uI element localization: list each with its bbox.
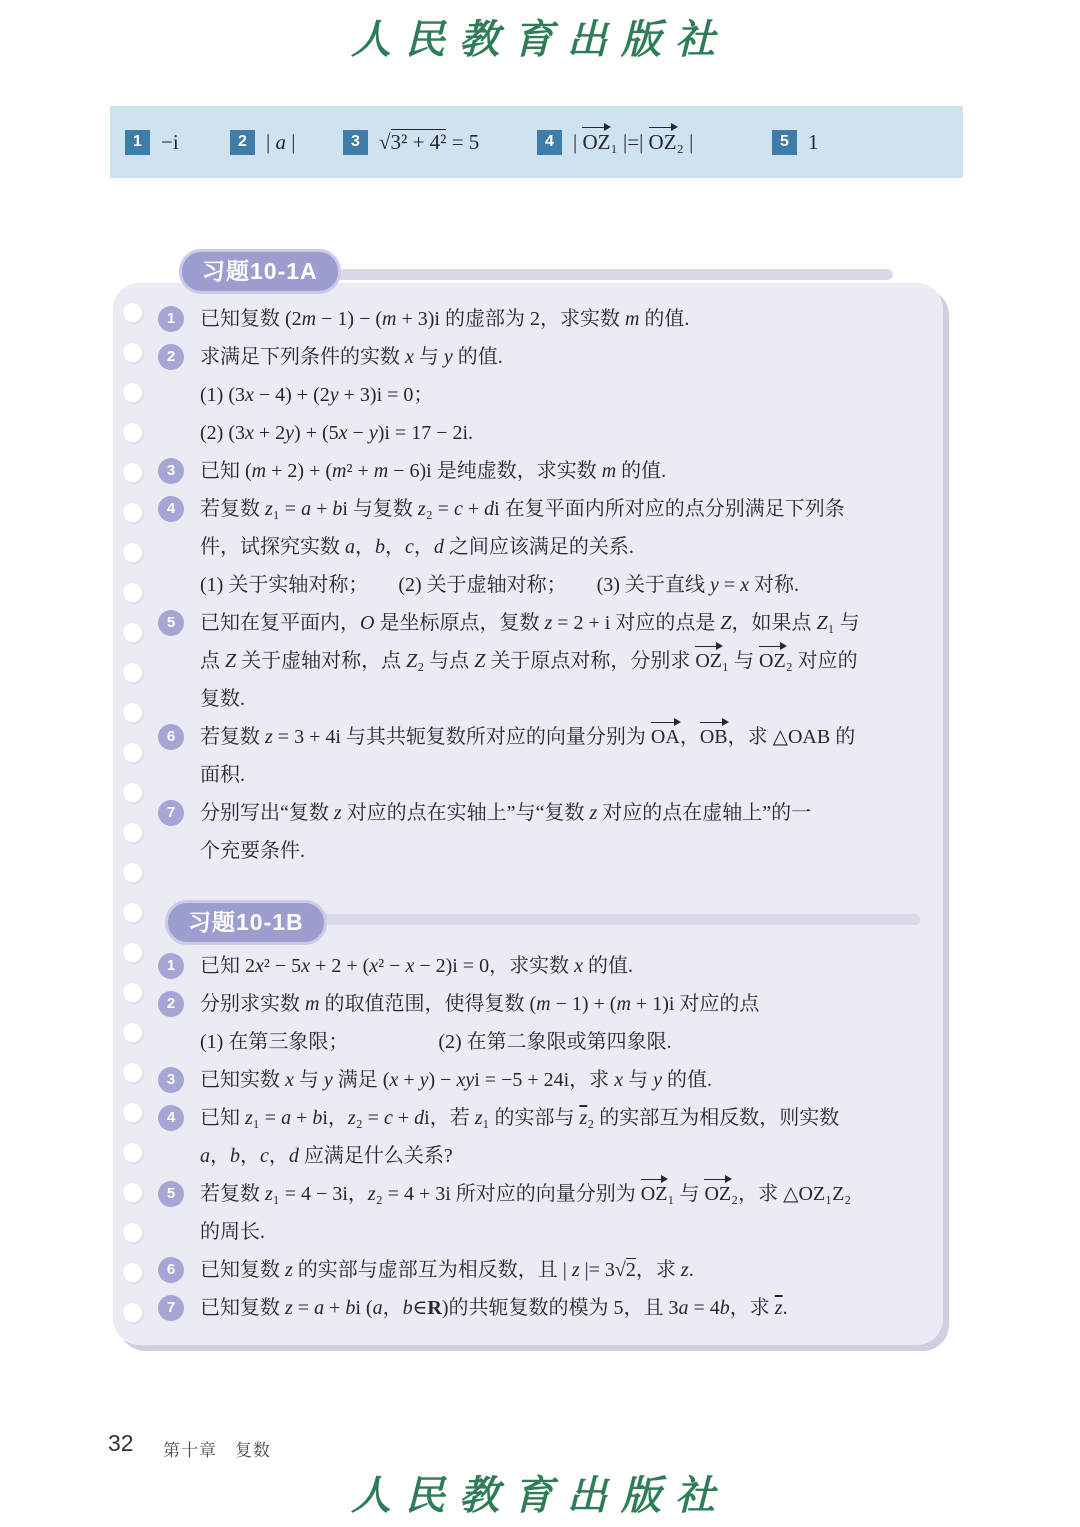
math-segment: x [255, 955, 264, 977]
math-segment: m [305, 993, 319, 1015]
binding-hole [122, 1182, 143, 1203]
math-segment: OZ [695, 651, 722, 671]
math-segment: a [345, 536, 355, 558]
math-segment: y [369, 422, 378, 444]
math-segment: OA [651, 727, 680, 747]
math-segment: x [614, 1069, 623, 1091]
problem-number-badge: 6 [158, 724, 184, 750]
math-segment: x [405, 346, 414, 368]
problem-text: 已知复数 (2m − 1) − (m + 3)i 的虚部为 2，求实数 m 的值… [200, 308, 689, 330]
problem-text: 若复数 z₁ = a + bi 与复数 z₂ = c + di 在复平面内所对应… [200, 498, 845, 520]
answer-number-badge: 4 [537, 130, 562, 155]
math-segment: y [330, 384, 339, 406]
problem-line: 4若复数 z₁ = a + bi 与复数 z₂ = c + di 在复平面内所对… [113, 490, 943, 528]
math-segment: z [245, 1107, 253, 1129]
math-segment: Z [817, 612, 828, 634]
math-segment: OZ [704, 1184, 731, 1204]
math-segment: z [589, 802, 597, 824]
problem-number-badge: 4 [158, 496, 184, 522]
problem-text: a，b，c，d 应满足什么关系? [200, 1145, 453, 1167]
math-segment: 2 [626, 1258, 636, 1281]
problem-line: 5已知在复平面内，O 是坐标原点，复数 z = 2 + i 对应的点是 Z，如果… [113, 604, 943, 642]
problem-number-badge: 1 [158, 306, 184, 332]
math-segment: m [602, 460, 616, 482]
answer-number-badge: 2 [230, 130, 255, 155]
math-segment: x [245, 384, 254, 406]
answer-formula: 1 [808, 130, 819, 155]
problem-number-badge: 2 [158, 344, 184, 370]
problem-line: 1已知 2x² − 5x + 2 + (x² − x − 2)i = 0，求实数… [113, 947, 943, 985]
page-number: 32 [108, 1430, 134, 1457]
problem-text: 分别写出“复数 z 对应的点在实轴上”与“复数 z 对应的点在虚轴上”的一 [200, 802, 811, 824]
math-segment: a [275, 130, 286, 154]
problem-text: (1) 关于实轴对称； (2) 关于虚轴对称； (3) 关于直线 y = x 对… [200, 574, 799, 596]
binding-hole [122, 502, 143, 523]
math-segment: z [265, 1183, 273, 1205]
math-segment: m [616, 993, 630, 1015]
math-segment: d [289, 1145, 299, 1167]
binding-hole [122, 862, 143, 883]
binding-hole [122, 542, 143, 563]
math-segment: c [384, 1107, 393, 1129]
math-segment: m [536, 993, 550, 1015]
problem-line: (1) 关于实轴对称； (2) 关于虚轴对称； (3) 关于直线 y = x 对… [113, 566, 943, 604]
problem-number-badge: 6 [158, 1257, 184, 1283]
problem-text: 若复数 z₁ = 4 − 3i，z₂ = 4 + 3i 所对应的向量分别为 OZ… [200, 1183, 851, 1205]
math-segment: c [405, 536, 414, 558]
math-segment: z [285, 1297, 293, 1319]
binding-hole [122, 622, 143, 643]
problem-text: 的周长. [200, 1221, 265, 1243]
math-segment: y [420, 1069, 429, 1091]
problem-number-badge: 2 [158, 991, 184, 1017]
problem-number-badge: 5 [158, 1181, 184, 1207]
math-segment: Z [474, 650, 485, 672]
binding-hole [122, 1022, 143, 1043]
math-segment: z [285, 1259, 293, 1281]
binding-hole [122, 702, 143, 723]
math-segment: a [200, 1145, 210, 1167]
math-segment: z [368, 1183, 376, 1205]
math-segment: x [285, 1069, 294, 1091]
problem-number-badge: 7 [158, 1295, 184, 1321]
problem-text: 件，试探究实数 a，b，c，d 之间应该满足的关系. [200, 536, 634, 558]
math-segment: m [252, 460, 266, 482]
math-segment: y [653, 1069, 662, 1091]
answer-formula: −i [161, 130, 179, 155]
math-segment: Z [720, 612, 731, 634]
problem-line: (2) (3x + 2y) + (5x − y)i = 17 − 2i. [113, 414, 943, 452]
problem-line: 的周长. [113, 1213, 943, 1251]
math-segment: m [382, 308, 396, 330]
math-segment: z [475, 1107, 483, 1129]
section-a-problem-list: 1已知复数 (2m − 1) − (m + 3)i 的虚部为 2，求实数 m 的… [113, 300, 943, 870]
problem-line: a，b，c，d 应满足什么关系? [113, 1137, 943, 1175]
math-segment: OZ [641, 1184, 668, 1204]
math-segment: x [389, 1069, 398, 1091]
problem-line: 3已知 (m + 2) + (m² + m − 6)i 是纯虚数，求实数 m 的… [113, 452, 943, 490]
problem-number-badge: 3 [158, 458, 184, 484]
binding-hole [122, 462, 143, 483]
answer-formula: | OZ₁ |=| OZ₂ | [573, 130, 693, 155]
math-segment: x [245, 422, 254, 444]
answer-number-badge: 1 [125, 130, 150, 155]
math-segment: b [403, 1297, 413, 1319]
problem-text: (1) (3x − 4) + (2y + 3)i = 0； [200, 384, 433, 406]
math-segment: b [332, 498, 342, 520]
problem-text: 已知 z₁ = a + bi，z₂ = c + di，若 z₁ 的实部与 z₂ … [200, 1107, 839, 1129]
math-segment: OZ [582, 132, 610, 153]
math-segment: OZ [759, 651, 786, 671]
problem-line: (1) (3x − 4) + (2y + 3)i = 0； [113, 376, 943, 414]
math-segment: c [454, 498, 463, 520]
problem-number-badge: 7 [158, 800, 184, 826]
answer-item: 3√3² + 4² = 5 [343, 106, 479, 178]
math-segment: R [427, 1297, 441, 1319]
math-segment: m [302, 308, 316, 330]
math-segment: m [625, 308, 639, 330]
math-segment: x [301, 955, 310, 977]
math-segment: y [324, 1069, 333, 1091]
problem-line: 2求满足下列条件的实数 x 与 y 的值. [113, 338, 943, 376]
problem-line: 点 Z 关于虚轴对称，点 Z₂ 与点 Z 关于原点对称，分别求 OZ₁ 与 OZ… [113, 642, 943, 680]
answer-item: 2| a | [230, 106, 295, 178]
problem-text: 求满足下列条件的实数 x 与 y 的值. [200, 346, 503, 368]
math-segment: b [345, 1297, 355, 1319]
problem-line: 4已知 z₁ = a + bi，z₂ = c + di，若 z₁ 的实部与 z₂… [113, 1099, 943, 1137]
math-segment: z [265, 498, 273, 520]
problem-number-badge: 4 [158, 1105, 184, 1131]
math-segment: Z [225, 650, 236, 672]
math-segment: xy [456, 1069, 474, 1091]
problem-text: 已知 2x² − 5x + 2 + (x² − x − 2)i = 0，求实数 … [200, 955, 633, 977]
problem-line: 6已知复数 z 的实部与虚部互为相反数，且 | z |= 3√2，求 z. [113, 1251, 943, 1289]
math-segment: b [375, 536, 385, 558]
problem-line: 7已知复数 z = a + bi (a，b∈R)的共轭复数的模为 5，且 3a … [113, 1289, 943, 1327]
math-segment: m [332, 460, 346, 482]
problem-line: 7分别写出“复数 z 对应的点在实轴上”与“复数 z 对应的点在虚轴上”的一 [113, 794, 943, 832]
answer-item: 51 [772, 106, 819, 178]
binding-hole [122, 982, 143, 1003]
chapter-title: 第十章 复数 [163, 1436, 271, 1461]
math-segment: z [418, 498, 426, 520]
problem-text: 若复数 z = 3 + 4i 与其共轭复数所对应的向量分别为 OA，OB，求 △… [200, 726, 855, 748]
section-b-problem-list: 1已知 2x² − 5x + 2 + (x² − x − 2)i = 0，求实数… [113, 947, 943, 1327]
math-segment: z [334, 802, 342, 824]
problem-number-badge: 1 [158, 953, 184, 979]
answer-number-badge: 3 [343, 130, 368, 155]
answer-item: 4| OZ₁ |=| OZ₂ | [537, 106, 693, 178]
math-segment: d [484, 498, 494, 520]
binding-hole [122, 822, 143, 843]
math-segment: y [710, 574, 719, 596]
math-segment: y [444, 346, 453, 368]
problem-line: (1) 在第三象限； (2) 在第二象限或第四象限. [113, 1023, 943, 1061]
binding-hole [122, 342, 143, 363]
binding-hole [122, 382, 143, 403]
binding-hole [122, 662, 143, 683]
problem-text: 面积. [200, 764, 245, 786]
problem-line: 3已知实数 x 与 y 满足 (x + y) − xyi = −5 + 24i，… [113, 1061, 943, 1099]
publisher-logo-bottom: 人民教育出版社 [0, 1464, 1080, 1521]
problem-line: 复数. [113, 680, 943, 718]
math-segment: Z [406, 650, 417, 672]
binding-hole [122, 1222, 143, 1243]
problem-number-badge: 5 [158, 610, 184, 636]
math-segment: z [775, 1297, 783, 1319]
math-segment: x [740, 574, 749, 596]
math-segment: z [265, 726, 273, 748]
problem-text: 已知 (m + 2) + (m² + m − 6)i 是纯虚数，求实数 m 的值… [200, 460, 666, 482]
math-segment: x [574, 955, 583, 977]
answer-formula: √3² + 4² = 5 [379, 130, 479, 155]
binding-hole [122, 582, 143, 603]
answers-bar: 1−i2| a |3√3² + 4² = 54| OZ₁ |=| OZ₂ |51 [110, 106, 963, 178]
math-segment: b [230, 1145, 240, 1167]
problem-line: 1已知复数 (2m − 1) − (m + 3)i 的虚部为 2，求实数 m 的… [113, 300, 943, 338]
problem-text: (2) (3x + 2y) + (5x − y)i = 17 − 2i. [200, 422, 473, 444]
math-segment: z [544, 612, 552, 634]
binding-hole [122, 1302, 143, 1323]
problem-line: 6若复数 z = 3 + 4i 与其共轭复数所对应的向量分别为 OA，OB，求 … [113, 718, 943, 756]
math-segment: x [369, 955, 378, 977]
math-segment: OZ [649, 132, 677, 153]
problem-text: 点 Z 关于虚轴对称，点 Z₂ 与点 Z 关于原点对称，分别求 OZ₁ 与 OZ… [200, 650, 858, 672]
section-b-title-badge: 习题10-1B [165, 900, 327, 945]
math-segment: z [572, 1259, 580, 1281]
binding-hole [122, 302, 143, 323]
math-segment: b [720, 1297, 730, 1319]
problem-number-badge: 3 [158, 1067, 184, 1093]
problem-text: 已知在复平面内，O 是坐标原点，复数 z = 2 + i 对应的点是 Z，如果点… [200, 612, 860, 634]
problem-line: 2分别求实数 m 的取值范围，使得复数 (m − 1) + (m + 1)i 对… [113, 985, 943, 1023]
math-segment: a [373, 1297, 383, 1319]
answer-item: 1−i [125, 106, 179, 178]
math-segment: a [281, 1107, 291, 1129]
math-segment: z [681, 1259, 689, 1281]
answer-formula: | a | [266, 130, 295, 155]
math-segment: d [414, 1107, 424, 1129]
binding-hole [122, 1062, 143, 1083]
math-segment: a [301, 498, 311, 520]
problem-line: 件，试探究实数 a，b，c，d 之间应该满足的关系. [113, 528, 943, 566]
math-segment: O [360, 612, 374, 634]
math-segment: c [260, 1145, 269, 1167]
math-segment: 3² + 4² [391, 129, 447, 154]
problem-line: 面积. [113, 756, 943, 794]
binding-hole [122, 942, 143, 963]
binding-hole [122, 1102, 143, 1123]
problem-text: 已知复数 z = a + bi (a，b∈R)的共轭复数的模为 5，且 3a =… [200, 1297, 788, 1319]
problem-line: 个充要条件. [113, 832, 943, 870]
problem-text: 分别求实数 m 的取值范围，使得复数 (m − 1) + (m + 1)i 对应… [200, 993, 759, 1015]
binding-hole [122, 742, 143, 763]
binding-hole [122, 422, 143, 443]
math-segment: b [312, 1107, 322, 1129]
problem-line: 5若复数 z₁ = 4 − 3i，z₂ = 4 + 3i 所对应的向量分别为 O… [113, 1175, 943, 1213]
math-segment: z [579, 1107, 587, 1129]
math-segment: x [339, 422, 348, 444]
binding-hole [122, 1142, 143, 1163]
publisher-logo-top: 人民教育出版社 [0, 8, 1080, 65]
math-segment: x [405, 955, 414, 977]
problem-text: 已知复数 z 的实部与虚部互为相反数，且 | z |= 3√2，求 z. [200, 1258, 694, 1281]
math-segment: a [679, 1297, 689, 1319]
math-segment: y [285, 422, 294, 444]
problem-text: (1) 在第三象限； (2) 在第二象限或第四象限. [200, 1031, 672, 1053]
problem-text: 个充要条件. [200, 840, 305, 862]
math-segment: OB [700, 727, 728, 747]
binding-hole [122, 782, 143, 803]
math-segment: m [374, 460, 388, 482]
math-segment: a [314, 1297, 324, 1319]
math-segment: z [348, 1107, 356, 1129]
problem-text: 复数. [200, 688, 245, 710]
binding-hole [122, 1262, 143, 1283]
section-a-title-badge: 习题10-1A [179, 249, 341, 294]
exercise-panel: 习题10-1A 1已知复数 (2m − 1) − (m + 3)i 的虚部为 2… [113, 283, 943, 1345]
math-segment: d [434, 536, 444, 558]
problem-text: 已知实数 x 与 y 满足 (x + y) − xyi = −5 + 24i，求… [200, 1069, 712, 1091]
answer-number-badge: 5 [772, 130, 797, 155]
binding-hole [122, 902, 143, 923]
